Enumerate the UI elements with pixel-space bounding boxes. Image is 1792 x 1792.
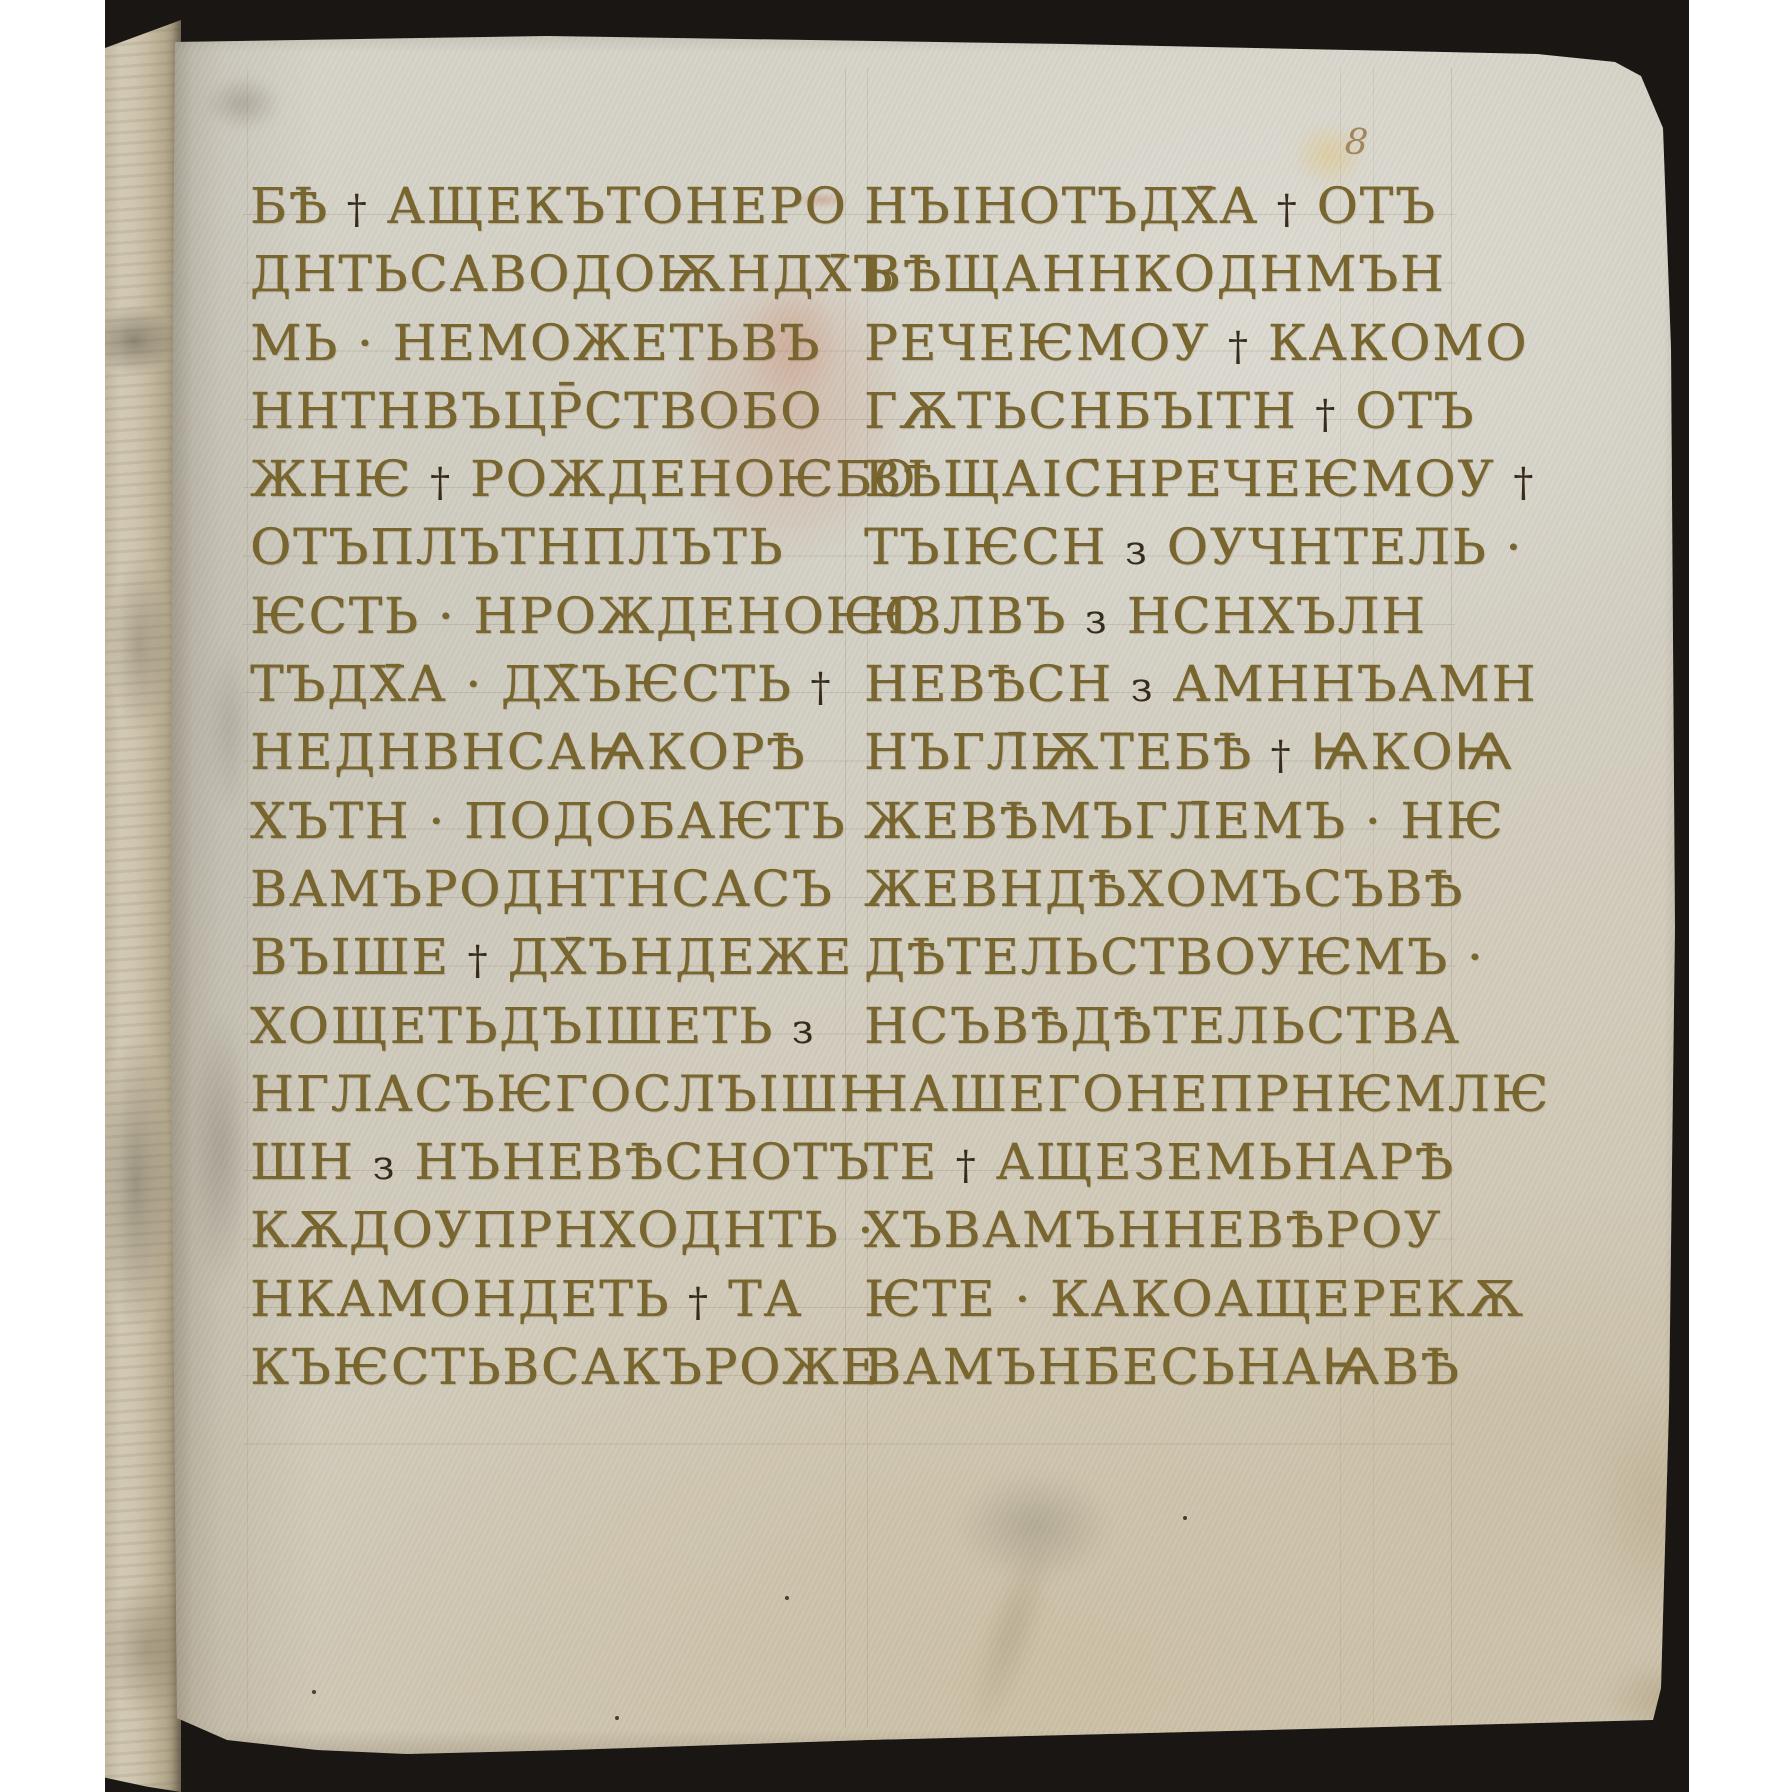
manuscript-text-line: ѤТЕ · КАКОАЩЕРЕКѪ bbox=[864, 1265, 1550, 1333]
manuscript-text-line: ТЪІѤСН з ОУЧНТЕЛЬ · bbox=[864, 513, 1550, 581]
manuscript-text-line: ХОЩЕТЬДЪІШЕТЬ з bbox=[250, 992, 927, 1060]
gutter-smudge bbox=[193, 68, 293, 138]
gutter-smudge bbox=[183, 968, 259, 1328]
cross-mark: † bbox=[810, 665, 832, 711]
ink-speck bbox=[1183, 1516, 1187, 1520]
manuscript-text-line: НЗЛ̄ВЪ з НСНХЪЛН bbox=[864, 582, 1550, 650]
cross-mark: † bbox=[1228, 324, 1250, 370]
manuscript-page: 8 БѢ † АЩЕКЪТОНЕРОДНТЬСАВОДОѬНДХ̄ЪМЬ · Н… bbox=[167, 28, 1684, 1758]
manuscript-text-line: ЖЕВѢМЪГЛ̄ЕМЪ · НѤ bbox=[864, 787, 1550, 855]
cross-mark: † bbox=[468, 938, 490, 984]
flourish-mark: з bbox=[373, 1143, 397, 1189]
manuscript-text-line: ТЕ † АЩЕЗЕМЬНАРѢ bbox=[864, 1128, 1550, 1196]
text-column-right: НЪІНОТЪДХ̄А † ОТЪВѢЩАННКОДНМЪНРЕЧЕѤМОУ †… bbox=[864, 172, 1550, 1401]
manuscript-text-line: ВѢЩАННКОДНМЪН bbox=[864, 240, 1550, 308]
smudge-stain bbox=[939, 1495, 1083, 1772]
manuscript-text-line: ДѢТЕЛЬСТВОУѤМЪ · bbox=[864, 923, 1550, 991]
manuscript-text-line: РЕЧЕѤМОУ † КАКОМО bbox=[864, 309, 1550, 377]
manuscript-text-line: ѤСТЬ · НРОЖДЕНОѤО bbox=[250, 582, 927, 650]
flourish-mark: з bbox=[1131, 665, 1155, 711]
ink-speck bbox=[312, 1690, 316, 1694]
manuscript-text-line: ВѢЩАІС̄НРЕЧЕѤМОУ † bbox=[864, 445, 1550, 513]
manuscript-text-line: НЪГЛ̄ѬТЕБѢ † ѨКОѨ bbox=[864, 718, 1550, 786]
text-column-left: БѢ † АЩЕКЪТОНЕРОДНТЬСАВОДОѬНДХ̄ЪМЬ · НЕМ… bbox=[250, 172, 927, 1401]
ink-speck bbox=[785, 1596, 789, 1600]
manuscript-text-line: НГЛАСЪѤГОСЛЪІШН bbox=[250, 1060, 927, 1128]
manuscript-text-line: НЪІНОТЪДХ̄А † ОТЪ bbox=[864, 172, 1550, 240]
folio-number: 8 bbox=[1344, 121, 1370, 163]
manuscript-text-line: ХЪВАМЪННЕВѢРОУ bbox=[864, 1196, 1550, 1264]
manuscript-text-line: КЪѤСТЬВСАКЪРОЖЕ bbox=[250, 1333, 927, 1401]
cross-mark: † bbox=[430, 460, 452, 506]
manuscript-text-line: ДНТЬСАВОДОѬНДХ̄Ъ bbox=[250, 240, 927, 308]
cross-mark: † bbox=[347, 187, 369, 233]
cross-mark: † bbox=[1315, 392, 1337, 438]
manuscript-text-line: КѪДОУПРНХОДНТЬ · bbox=[250, 1196, 927, 1264]
previous-folio-edge bbox=[105, 0, 181, 1792]
cross-mark: † bbox=[1277, 187, 1299, 233]
manuscript-text-line: НЕДНВНСАѨКОРѢ bbox=[250, 718, 927, 786]
manuscript-photo: { "page": { "folio_number": "8", "column… bbox=[0, 0, 1792, 1792]
manuscript-text-line: ОТЪПЛЪТНПЛЪТЬ bbox=[250, 513, 927, 581]
manuscript-text-line: МЬ · НЕМОЖЕТЬВЪ bbox=[250, 309, 927, 377]
flourish-mark: з bbox=[1085, 597, 1109, 643]
manuscript-text-line: НАШЕГОНЕПРНѤМЛѤ bbox=[864, 1060, 1550, 1128]
manuscript-text-line: ВАМЪРОДНТНСАСЪ bbox=[250, 855, 927, 923]
manuscript-text-line: НКАМОНДЕТЬ † ТА bbox=[250, 1265, 927, 1333]
ruling-line-vertical bbox=[247, 68, 248, 1728]
water-stain bbox=[1567, 1358, 1689, 1658]
manuscript-text-line: ВЪІШЕ † ДХ̄ЪНДЕЖЕ bbox=[250, 923, 927, 991]
cross-mark: † bbox=[1271, 733, 1293, 779]
manuscript-text-line: ВАМЪНБ̄ЕСЬНАѨВѢ bbox=[864, 1333, 1550, 1401]
manuscript-text-line: ГѪТЬСНБЪІТН † ОТЪ bbox=[864, 377, 1550, 445]
manuscript-text-line: НЕВѢСН з АМННЪАМН bbox=[864, 650, 1550, 718]
manuscript-text-line: НСЪВѢДѢТЕЛЬСТВА bbox=[864, 992, 1550, 1060]
scan-background: 8 БѢ † АЩЕКЪТОНЕРОДНТЬСАВОДОѬНДХ̄ЪМЬ · Н… bbox=[105, 0, 1689, 1792]
water-stain bbox=[1587, 1648, 1689, 1748]
cross-mark: † bbox=[688, 1280, 710, 1326]
manuscript-text-line: ЖНѤ † РОЖДЕНОѤБО bbox=[250, 445, 927, 513]
cross-mark: † bbox=[1513, 460, 1535, 506]
cross-mark: † bbox=[956, 1143, 978, 1189]
flourish-mark: з bbox=[1125, 528, 1149, 574]
manuscript-text-line: ННТНВЪЦР̄СТВОБО bbox=[250, 377, 927, 445]
manuscript-text-line: ХЪТН · ПОДОБАѤТЬ bbox=[250, 787, 927, 855]
manuscript-text-line: ТЪДХ̄А · ДХ̄ЪѤСТЬ † bbox=[250, 650, 927, 718]
manuscript-text-line: ЖЕВНДѢХОМЪСЪВѢ bbox=[864, 855, 1550, 923]
flourish-mark: з bbox=[792, 1007, 816, 1053]
smudge-stain bbox=[935, 1456, 1135, 1596]
manuscript-text-line: ШН з НЪНЕВѢСНОТЪ bbox=[250, 1128, 927, 1196]
ink-speck bbox=[615, 1716, 619, 1720]
manuscript-text-line: БѢ † АЩЕКЪТОНЕРО bbox=[250, 172, 927, 240]
gutter-smudge bbox=[201, 618, 257, 838]
